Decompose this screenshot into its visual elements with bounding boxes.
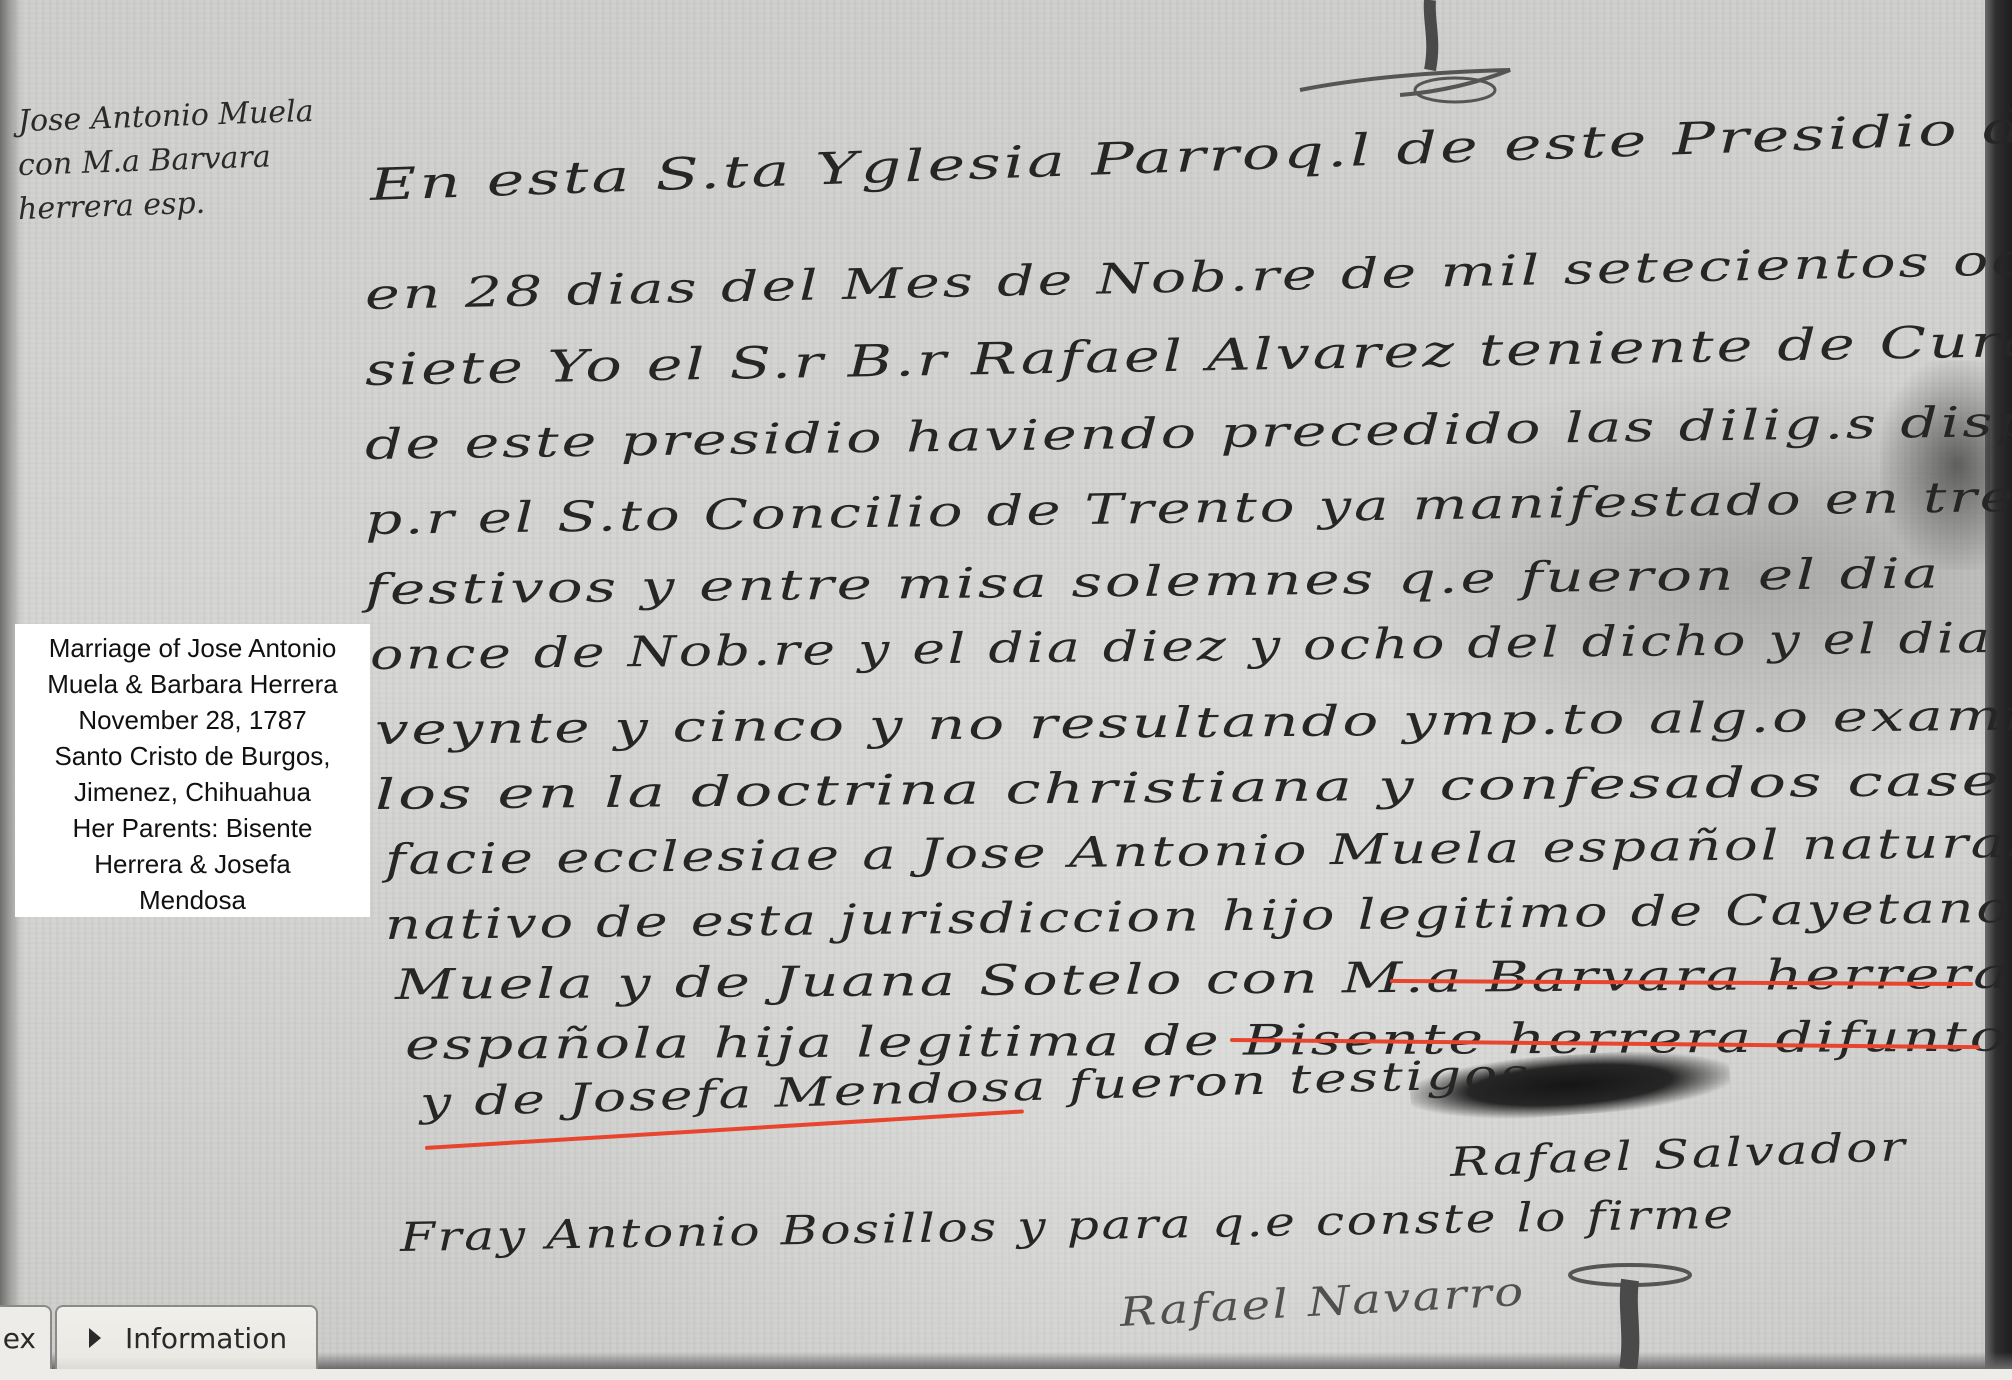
- page-right-edge: [1985, 0, 2012, 1369]
- signature-rubric-top-icon: [1280, 0, 1540, 110]
- handwritten-line: Rafael Salvador: [1449, 1124, 1908, 1186]
- caption-line: Herrera & Josefa: [19, 846, 366, 882]
- caption-line: Muela & Barbara Herrera: [19, 666, 366, 702]
- tab-index-label: ex: [3, 1322, 36, 1355]
- tab-information[interactable]: Information: [55, 1305, 318, 1369]
- handwritten-line: siete Yo el S.r B.r Rafael Alvarez tenie…: [365, 316, 2012, 396]
- handwritten-line: Muela y de Juana Sotelo con M.a Barvara …: [395, 949, 2011, 1009]
- handwritten-line: los en la doctrina christiana y confesad…: [375, 755, 2012, 819]
- signature-rubric-bottom-icon: [1560, 1255, 1700, 1369]
- triangle-right-icon: [89, 1328, 101, 1348]
- margin-note: Jose Antonio Muela con M.a Barvara herre…: [18, 95, 314, 227]
- handwritten-line: veynte y cinco y no resultando ymp.to al…: [375, 689, 2012, 754]
- caption-line: Marriage of Jose Antonio: [19, 630, 366, 666]
- ink-smudge: [1880, 360, 1990, 570]
- handwritten-line: once de Nob.re y el dia diez y ocho del …: [370, 613, 1993, 679]
- margin-note-line: herrera esp.: [17, 178, 314, 232]
- caption-line: Mendosa: [19, 882, 366, 918]
- handwritten-line: de este presidio haviendo precedido las …: [365, 394, 2012, 469]
- document-image-viewer[interactable]: Jose Antonio Muela con M.a Barvara herre…: [0, 0, 2012, 1369]
- bottom-panel-bar: [0, 1369, 2012, 1380]
- tab-information-label: Information: [125, 1322, 287, 1355]
- caption-line: November 28, 1787: [19, 702, 366, 738]
- handwritten-line: En esta S.ta Yglesia Parroq.l de este Pr…: [369, 76, 2012, 211]
- handwritten-line: en 28 dias del Mes de Nob.re de mil sete…: [364, 230, 2012, 319]
- handwritten-line: p.r el S.to Concilio de Trento ya manife…: [365, 469, 2012, 544]
- handwritten-line: Rafael Navarro: [1119, 1269, 1527, 1336]
- caption-line: Santo Cristo de Burgos,: [19, 738, 366, 774]
- handwritten-line: festivos y entre misa solemnes q.e fuero…: [365, 548, 1942, 614]
- handwritten-line: Fray Antonio Bosillos y para q.e conste …: [400, 1192, 1736, 1261]
- handwritten-line: nativo de esta jurisdiccion hijo legitim…: [385, 883, 2012, 949]
- caption-overlay: Marriage of Jose Antonio Muela & Barbara…: [15, 624, 370, 917]
- caption-line: Jimenez, Chihuahua: [19, 774, 366, 810]
- tab-index[interactable]: ex: [0, 1305, 52, 1369]
- handwritten-line: facie ecclesiae a Jose Antonio Muela esp…: [385, 818, 2012, 884]
- caption-line: Her Parents: Bisente: [19, 810, 366, 846]
